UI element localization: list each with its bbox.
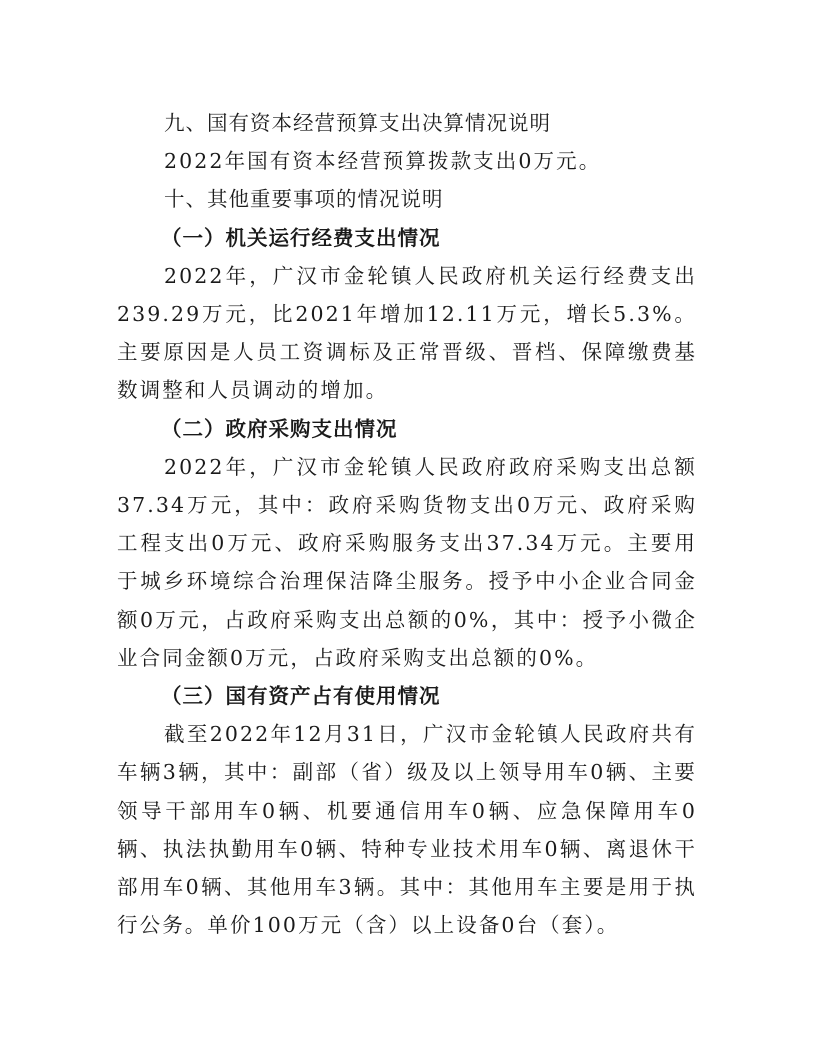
subsection-heading-2: （二）政府采购支出情况 xyxy=(117,410,697,448)
subsection-2-paragraph: 2022年，广汉市金轮镇人民政府政府采购支出总额37.34万元，其中：政府采购货… xyxy=(117,448,697,677)
subsection-1-paragraph: 2022年，广汉市金轮镇人民政府机关运行经费支出239.29万元，比2021年增… xyxy=(117,257,697,410)
subsection-heading-3: （三）国有资产占有使用情况 xyxy=(117,677,697,715)
section-heading-10: 十、其他重要事项的情况说明 xyxy=(117,180,697,218)
subsection-heading-1: （一）机关运行经费支出情况 xyxy=(117,219,697,257)
section-9-paragraph: 2022年国有资本经营预算拨款支出0万元。 xyxy=(117,142,697,180)
section-heading-9: 九、国有资本经营预算支出决算情况说明 xyxy=(117,104,697,142)
document-page: 九、国有资本经营预算支出决算情况说明 2022年国有资本经营预算拨款支出0万元。… xyxy=(117,104,697,944)
subsection-3-paragraph: 截至2022年12月31日，广汉市金轮镇人民政府共有车辆3辆，其中：副部（省）级… xyxy=(117,715,697,944)
